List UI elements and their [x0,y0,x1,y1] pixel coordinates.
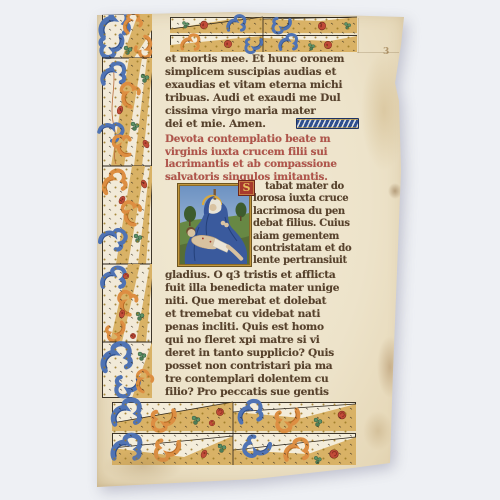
photo-background: 3 et mortis mee. Et hunc oronemsimplicem… [0,0,500,500]
manuscript-text-line: tabat mater do [253,181,359,193]
line-filler-ornament [296,118,359,129]
manuscript-text-line: lorosa iuxta cruce [253,193,359,205]
manuscript-text-line: filio? Pro peccatis sue gentis [165,386,359,399]
manuscript-text-line: contristatam et do [253,243,359,255]
stabat-mater-side-lines: tabat mater dolorosa iuxta crucelacrimos… [253,181,359,268]
manuscript-leaf: 3 et mortis mee. Et hunc oronemsimplicem… [95,11,407,487]
rubric-text-line: lacrimantis et ab compassione [165,158,358,171]
ruling-line-horizontal [357,52,399,53]
manuscript-text-line: lacrimosa du pen [253,206,359,218]
decorated-initial: S [238,180,255,196]
ruling-line-vertical [358,18,359,53]
manuscript-text-line: deret in tanto supplicio? Quis [165,347,359,360]
rubric-text-line: Devota contemplatio beate m [165,133,358,146]
manuscript-text-line: et tremebat cu videbat nati [165,308,359,321]
manuscript-text-line: simplicem suscipias audias et [165,66,358,79]
top-border-bands [170,15,357,53]
stabat-mater-full-lines: gladius. O q3 tristis et afflictafuit il… [165,269,359,399]
manuscript-text-line: tribuas. Audi et exaudi me Dul [165,92,358,105]
manuscript-text-line: penas incliti. Quis est homo [165,321,359,334]
manuscript-text-line: cissima virgo maria mater [165,105,358,118]
manuscript-text-line: posset non contristari pia ma [165,360,359,373]
manuscript-text-line: aiam gementem [253,231,359,243]
manuscript-text-line: et mortis mee. Et hunc oronem [165,53,358,66]
folio-number: 3 [383,47,389,57]
rubric-text-line: virginis iuxta crucem filii sui [165,146,358,159]
left-border-column [96,11,157,398]
manuscript-text-line: qui no fleret xpi matre si vi [165,334,359,347]
manuscript-text-line: niti. Que merebat et dolebat [165,295,359,308]
manuscript-text-line: debat filius. Cuius [253,218,359,230]
bottom-border-bands [109,398,356,465]
rubric-lines: Devota contemplatio beate mvirginis iuxt… [165,133,358,184]
manuscript-text-line: tre contemplari dolentem cu [165,373,359,386]
manuscript-text-line: lente pertransiuit [253,255,359,267]
manuscript-text-line: fuit illa benedicta mater unige [165,282,359,295]
manuscript-text-line: gladius. O q3 tristis et afflicta [165,269,359,282]
manuscript-leaf-wrapper: 3 et mortis mee. Et hunc oronemsimplicem… [95,11,407,487]
manuscript-text-line: exaudias et vitam eterna michi [165,79,358,92]
